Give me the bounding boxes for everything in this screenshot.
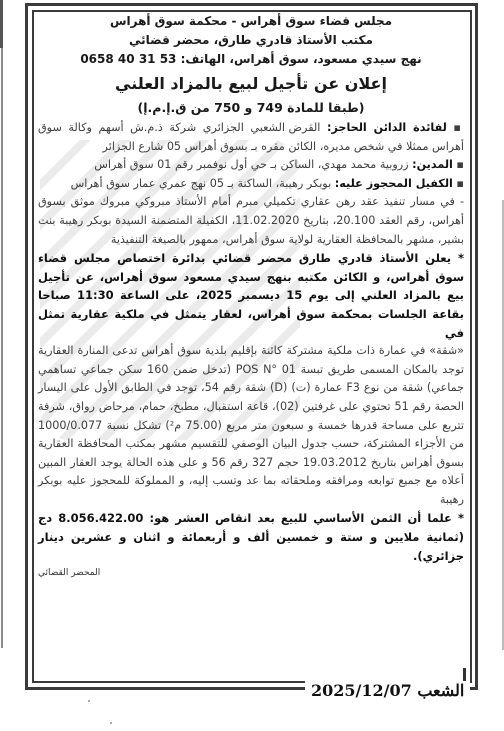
header-line-court: مجلس قضاء سوق أهراس - محكمة سوق أهراس: [38, 12, 464, 31]
signature-row: المحضر القضائي: [38, 565, 464, 581]
creditor-label: لفائدة الدائن الحاجز:: [327, 121, 447, 134]
publication-date: الشعب 2025/12/07: [305, 681, 470, 701]
announcement-paragraph: * يعلن الأستاذ قادري طارق محضر قضائي بدا…: [38, 249, 464, 342]
guarantor-text: بوبكر رهيبة، الساكنة بـ 05 نهج عمري عمار…: [71, 177, 332, 190]
publication-name: الشعب: [417, 681, 464, 700]
execution-paragraph: - في مسار تنفيذ عقد رهن عقاري تكميلي مبر…: [38, 193, 464, 249]
debtor-text: زروبية محمد مهدي، الساكن بـ حي أول نوفمب…: [94, 158, 408, 171]
page-edge: [0, 0, 3, 48]
scan-speck: [88, 700, 90, 702]
debtor-paragraph: ▪ المدين: زروبية محمد مهدي، الساكن بـ حي…: [38, 156, 464, 175]
bullet: ▪: [453, 177, 464, 190]
scan-speck: [110, 722, 112, 724]
header-line-office: مكتب الأستاذ قادري طارق، محضر قضائي: [38, 31, 464, 50]
guarantor-label: الكفيل المحجوز عليه:: [335, 177, 453, 190]
announcement-title: إعلان عن تأجيل لبيع بالمزاد العلني: [38, 71, 464, 97]
header-line-address: نهج سيدي مسعود، سوق أهراس، الهاتف: 53 31…: [38, 50, 464, 69]
legal-reference: (طبقا للمادة 749 و 750 من ق.إ.م.إ): [38, 97, 464, 119]
property-description: «شقة» في عمارة ذات ملكية مشتركة كائنة بإ…: [38, 342, 464, 509]
signature: المحضر القضائي: [38, 565, 100, 581]
bullet: ▪: [453, 158, 464, 171]
page-edge: [1, 48, 3, 648]
guarantor-paragraph: ▪ الكفيل المحجوز عليه: بوبكر رهيبة، السا…: [38, 175, 464, 194]
announcement-body: مجلس قضاء سوق أهراس - محكمة سوق أهراس مك…: [38, 12, 464, 581]
debtor-label: المدين:: [412, 158, 453, 171]
bullet: ▪: [447, 121, 464, 134]
creditor-paragraph: ▪ لفائدة الدائن الحاجز: القرض الشعبي الج…: [38, 119, 464, 156]
court-header: مجلس قضاء سوق أهراس - محكمة سوق أهراس مك…: [38, 12, 464, 69]
base-price-paragraph: * علما أن الثمن الأساسي للبيع بعد انقاص …: [38, 509, 464, 565]
date-value: 2025/12/07: [311, 681, 412, 700]
